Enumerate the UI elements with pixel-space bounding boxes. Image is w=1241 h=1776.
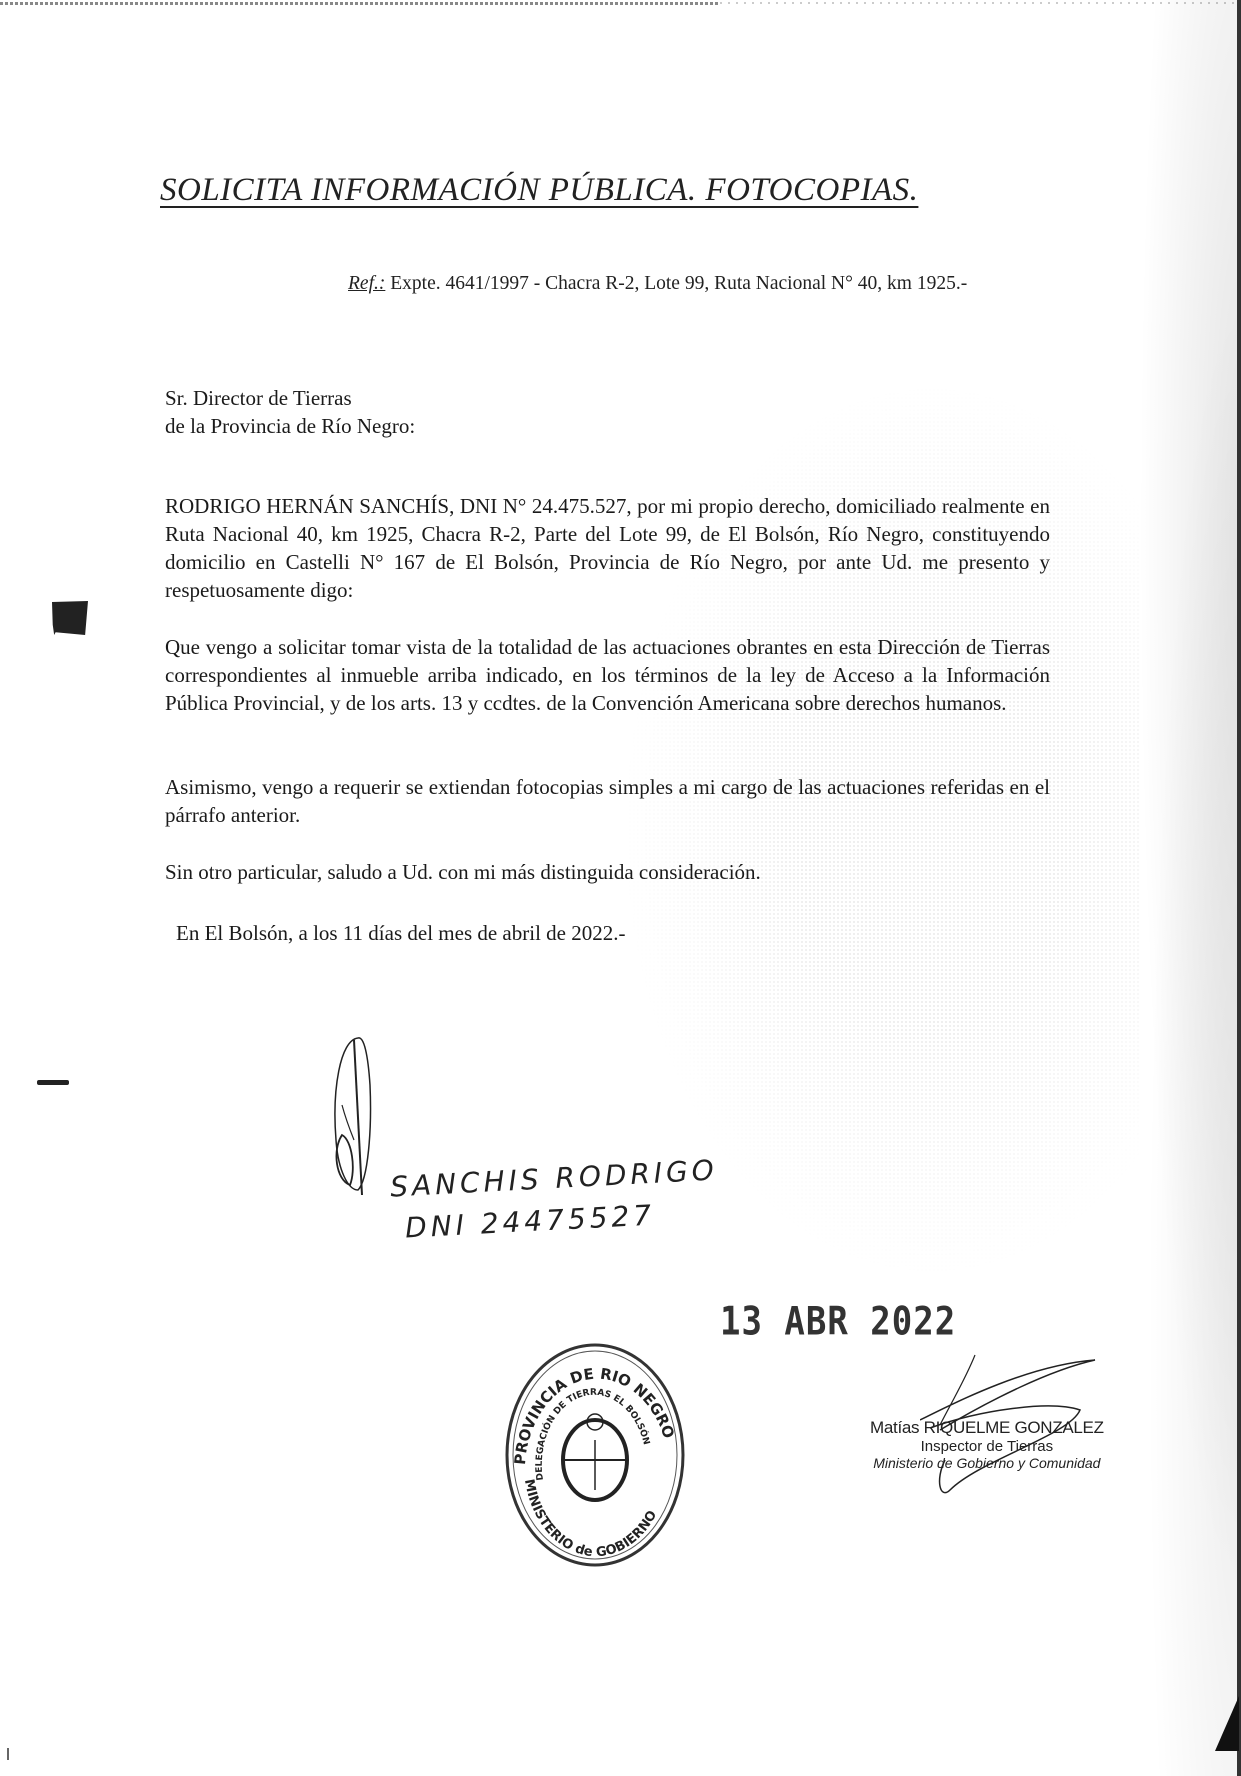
scan-right-edge	[1237, 0, 1241, 1776]
margin-mark	[7, 1748, 9, 1760]
seal-text-bottom: MINISTERIO de GOBIERNO	[521, 1478, 660, 1560]
inspector-role: Inspector de Tierras	[870, 1438, 1104, 1455]
reception-date-stamp: 13 ABR 2022	[720, 1299, 956, 1345]
paragraph-closing: Sin otro particular, saludo a Ud. con mi…	[165, 858, 1050, 886]
paragraph-place-date: En El Bolsón, a los 11 días del mes de a…	[176, 919, 1061, 947]
handwritten-dni: DNI 24475527	[404, 1198, 656, 1244]
scan-top-edge	[0, 2, 720, 5]
coat-of-arms-icon	[563, 1414, 627, 1500]
scan-corner-fold	[1215, 1696, 1239, 1751]
punch-mark	[52, 601, 88, 635]
reference-line: Ref.: Expte. 4641/1997 - Chacra R-2, Lot…	[348, 273, 967, 295]
svg-text:MINISTERIO de GOBIERNO: MINISTERIO de GOBIERNO	[521, 1478, 660, 1560]
inspector-ministry: Ministerio de Gobierno y Comunidad	[870, 1455, 1104, 1471]
addressee-line: de la Provincia de Río Negro:	[165, 412, 415, 440]
reference-text: Expte. 4641/1997 - Chacra R-2, Lote 99, …	[390, 273, 967, 294]
document-title: SOLICITA INFORMACIÓN PÚBLICA. FOTOCOPIAS…	[160, 172, 918, 209]
inspector-stamp: Matías RIQUELME GONZALEZ Inspector de Ti…	[870, 1418, 1104, 1471]
official-seal: PROVINCIA DE RIO NEGRO MINISTERIO de GOB…	[495, 1330, 695, 1570]
paragraph-identification: RODRIGO HERNÁN SANCHÍS, DNI N° 24.475.52…	[165, 492, 1050, 604]
paragraph-photocopies: Asimismo, vengo a requerir se extiendan …	[165, 773, 1050, 829]
addressee: Sr. Director de Tierras de la Provincia …	[165, 384, 415, 440]
margin-mark	[37, 1080, 69, 1085]
reference-label: Ref.:	[348, 273, 385, 294]
inspector-name: Matías RIQUELME GONZALEZ	[870, 1418, 1104, 1438]
paragraph-request: Que vengo a solicitar tomar vista de la …	[165, 633, 1050, 717]
addressee-line: Sr. Director de Tierras	[165, 384, 415, 412]
